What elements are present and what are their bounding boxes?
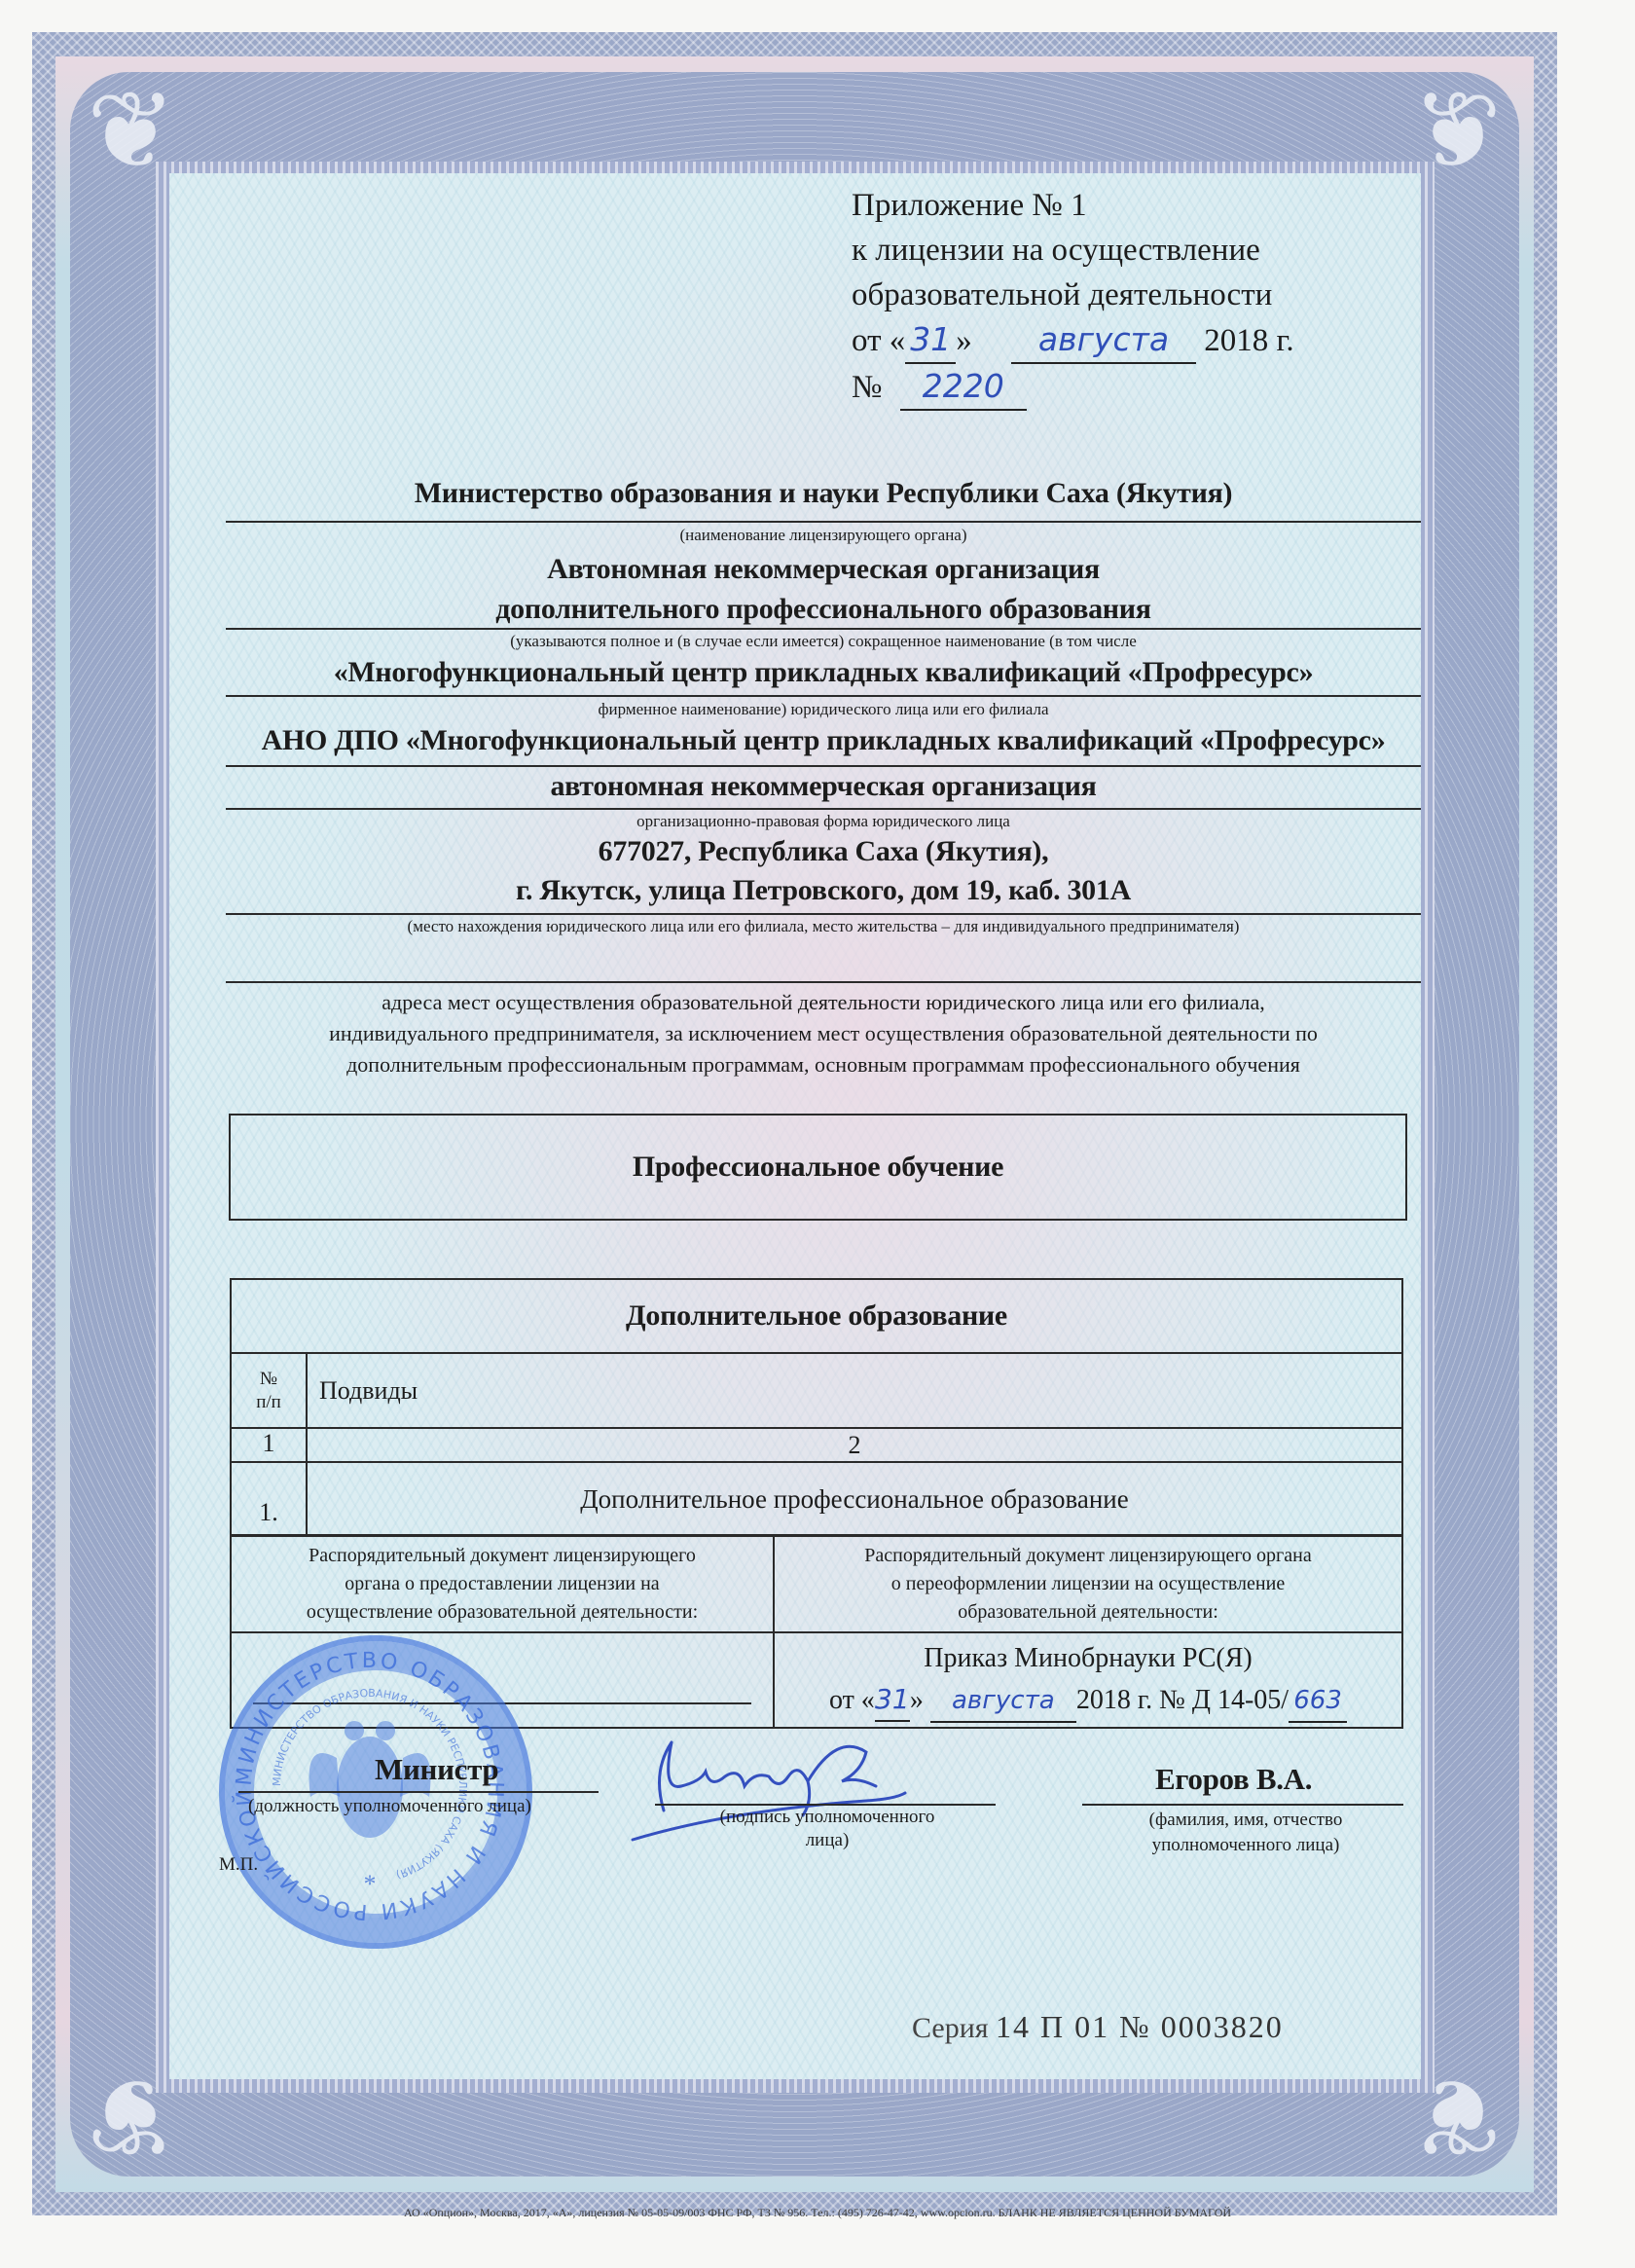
blank-serial: Серия 14 П 01 № 0003820	[912, 2009, 1284, 2045]
printer-footer: АО «Опцион», Москва, 2017, «А», лицензия…	[0, 2206, 1635, 2220]
divider	[226, 981, 1421, 983]
row-num: 1.	[231, 1462, 307, 1536]
additional-education-title: Дополнительное образование	[626, 1299, 1007, 1332]
appendix-subtitle-2: образовательной деятельности	[852, 273, 1294, 317]
divider	[226, 808, 1421, 810]
licensing-body-name: Министерство образования и науки Республ…	[226, 477, 1421, 510]
org-legal-form-caption: организационно-правовая форма юридическо…	[226, 812, 1421, 831]
org-name-caption-1: (указываются полное и (в случае если име…	[226, 632, 1421, 651]
licensing-body-caption: (наименование лицензирующего органа)	[226, 526, 1421, 545]
org-legal-form: автономная некоммерческая организация	[226, 770, 1421, 803]
appendix-header: Приложение № 1 к лицензии на осуществлен…	[852, 183, 1294, 411]
appendix-subtitle-1: к лицензии на осуществление	[852, 228, 1294, 273]
additional-education-table: Дополнительное образование № п/п Подвиды…	[230, 1278, 1403, 1537]
signatory-position: Министр	[375, 1752, 498, 1787]
signature-caption: (подпись уполномоченного лица)	[696, 1806, 959, 1852]
svg-text:*: *	[364, 1870, 377, 1898]
appendix-title: Приложение № 1	[852, 183, 1294, 228]
signatory-name: Егоров В.А.	[1155, 1762, 1312, 1797]
divider	[226, 913, 1421, 915]
org-short-name: АНО ДПО «Многофункциональный центр прикл…	[226, 724, 1421, 757]
divider	[226, 695, 1421, 697]
reissue-order-caption: Распорядительный документ лицензирующего…	[774, 1535, 1402, 1632]
appendix-number: № 2220	[852, 364, 1294, 411]
professional-training-title: Профессиональное обучение	[633, 1151, 1003, 1184]
index-col-1: 1	[231, 1428, 307, 1462]
appendix-date-day: 31	[905, 317, 956, 364]
serial-label: Серия	[912, 2012, 989, 2044]
org-address-line1: 677027, Республика Саха (Якутия),	[226, 835, 1421, 868]
reissue-order-value: Приказ Минобрнауки РС(Я) от «31» августа…	[774, 1632, 1402, 1728]
divider	[226, 628, 1421, 630]
appendix-date: от «31» августа 2018 г.	[852, 317, 1294, 364]
org-address-caption: (место нахождения юридического лица или …	[226, 917, 1421, 936]
activity-places-caption: адреса мест осуществления образовательно…	[226, 987, 1421, 1080]
org-full-name-line1: Автономная некоммерческая организация	[226, 553, 1421, 586]
reissue-order-date: от «31» августа2018 г. № Д 14-05/663	[775, 1679, 1401, 1723]
name-caption: (фамилия, имя, отчество уполномоченного …	[1109, 1808, 1382, 1858]
row-subtype: Дополнительное профессиональное образова…	[307, 1462, 1402, 1536]
org-full-name-line3: «Многофункциональный центр прикладных кв…	[226, 656, 1421, 689]
divider	[226, 765, 1421, 767]
position-line	[238, 1791, 599, 1793]
seal-place-label: М.П.	[219, 1854, 258, 1876]
name-line	[1082, 1804, 1403, 1806]
professional-training-box: Профессиональное обучение	[229, 1114, 1407, 1221]
divider	[226, 521, 1421, 523]
serial-value: 14 П 01 № 0003820	[996, 2009, 1284, 2044]
header-subtypes-cell: Подвиды	[307, 1353, 1402, 1428]
org-full-name-line2: дополнительного профессионального образо…	[226, 593, 1421, 626]
index-col-2: 2	[307, 1428, 1402, 1462]
org-address-line2: г. Якутск, улица Петровского, дом 19, ка…	[226, 874, 1421, 907]
table-row: 1. Дополнительное профессиональное образ…	[231, 1462, 1402, 1536]
reissue-order-title: Приказ Минобрнауки РС(Я)	[775, 1638, 1401, 1679]
grant-order-caption: Распорядительный документ лицензирующего…	[231, 1535, 774, 1632]
position-caption: (должность уполномоченного лица)	[248, 1796, 531, 1817]
header-num-cell: № п/п	[231, 1353, 307, 1428]
additional-education-title-cell: Дополнительное образование	[231, 1279, 1402, 1353]
appendix-number-value: 2220	[900, 364, 1027, 411]
appendix-date-month: августа	[1011, 317, 1196, 364]
org-name-caption-2: фирменное наименование) юридического лиц…	[226, 700, 1421, 719]
